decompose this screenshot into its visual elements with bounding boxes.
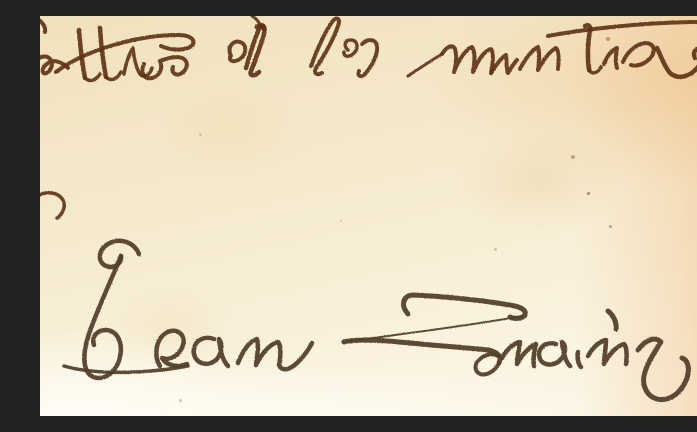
word-et [230, 25, 265, 75]
ink-stroke [156, 331, 187, 366]
t-crossbar-stroke [548, 22, 697, 36]
ink-stroke [100, 28, 106, 77]
ink-stroke [520, 47, 559, 70]
ink-stroke [344, 40, 357, 56]
ink-stroke [246, 26, 265, 75]
ink-stroke [85, 74, 100, 81]
ink-stroke [588, 340, 627, 364]
signature [64, 241, 688, 400]
ink-stroke [84, 256, 121, 378]
handwriting-svg [40, 16, 697, 416]
manuscript-photo: ettre et les montrer Jean Lorrain [40, 16, 697, 416]
ink-stroke [638, 339, 688, 399]
ink-stroke [124, 48, 152, 76]
ink-stroke [442, 46, 493, 73]
ink-stroke [311, 19, 339, 75]
ink-stroke [623, 43, 654, 66]
ink-stroke [657, 48, 697, 77]
word-fragment-ettre [40, 28, 194, 81]
ink-stroke [358, 40, 377, 76]
word-montrer [408, 22, 697, 77]
ink-stroke [408, 54, 442, 76]
ink-stroke [106, 72, 121, 79]
ink-stroke [502, 342, 536, 366]
ink-stroke [604, 48, 617, 68]
top-edge-tick [252, 16, 259, 23]
ink-stroke [230, 42, 246, 61]
ink-stroke [194, 338, 228, 366]
ink-stroke [476, 354, 500, 374]
handwriting-line1 [40, 16, 697, 218]
ink-stroke [578, 352, 581, 367]
ink-stroke [64, 366, 188, 372]
word-les [311, 19, 377, 77]
i-accent-tick [608, 311, 616, 329]
ink-stroke [539, 342, 570, 366]
signature-lorrain-letters [502, 311, 688, 400]
corner-stroke-fragment [40, 19, 45, 32]
signature-jean [64, 241, 312, 378]
ink-stroke [403, 295, 525, 318]
ink-stroke [491, 55, 517, 73]
ink-stroke [238, 339, 312, 369]
signature-flourish [344, 295, 525, 374]
edge-stroke-fragment [40, 193, 64, 218]
